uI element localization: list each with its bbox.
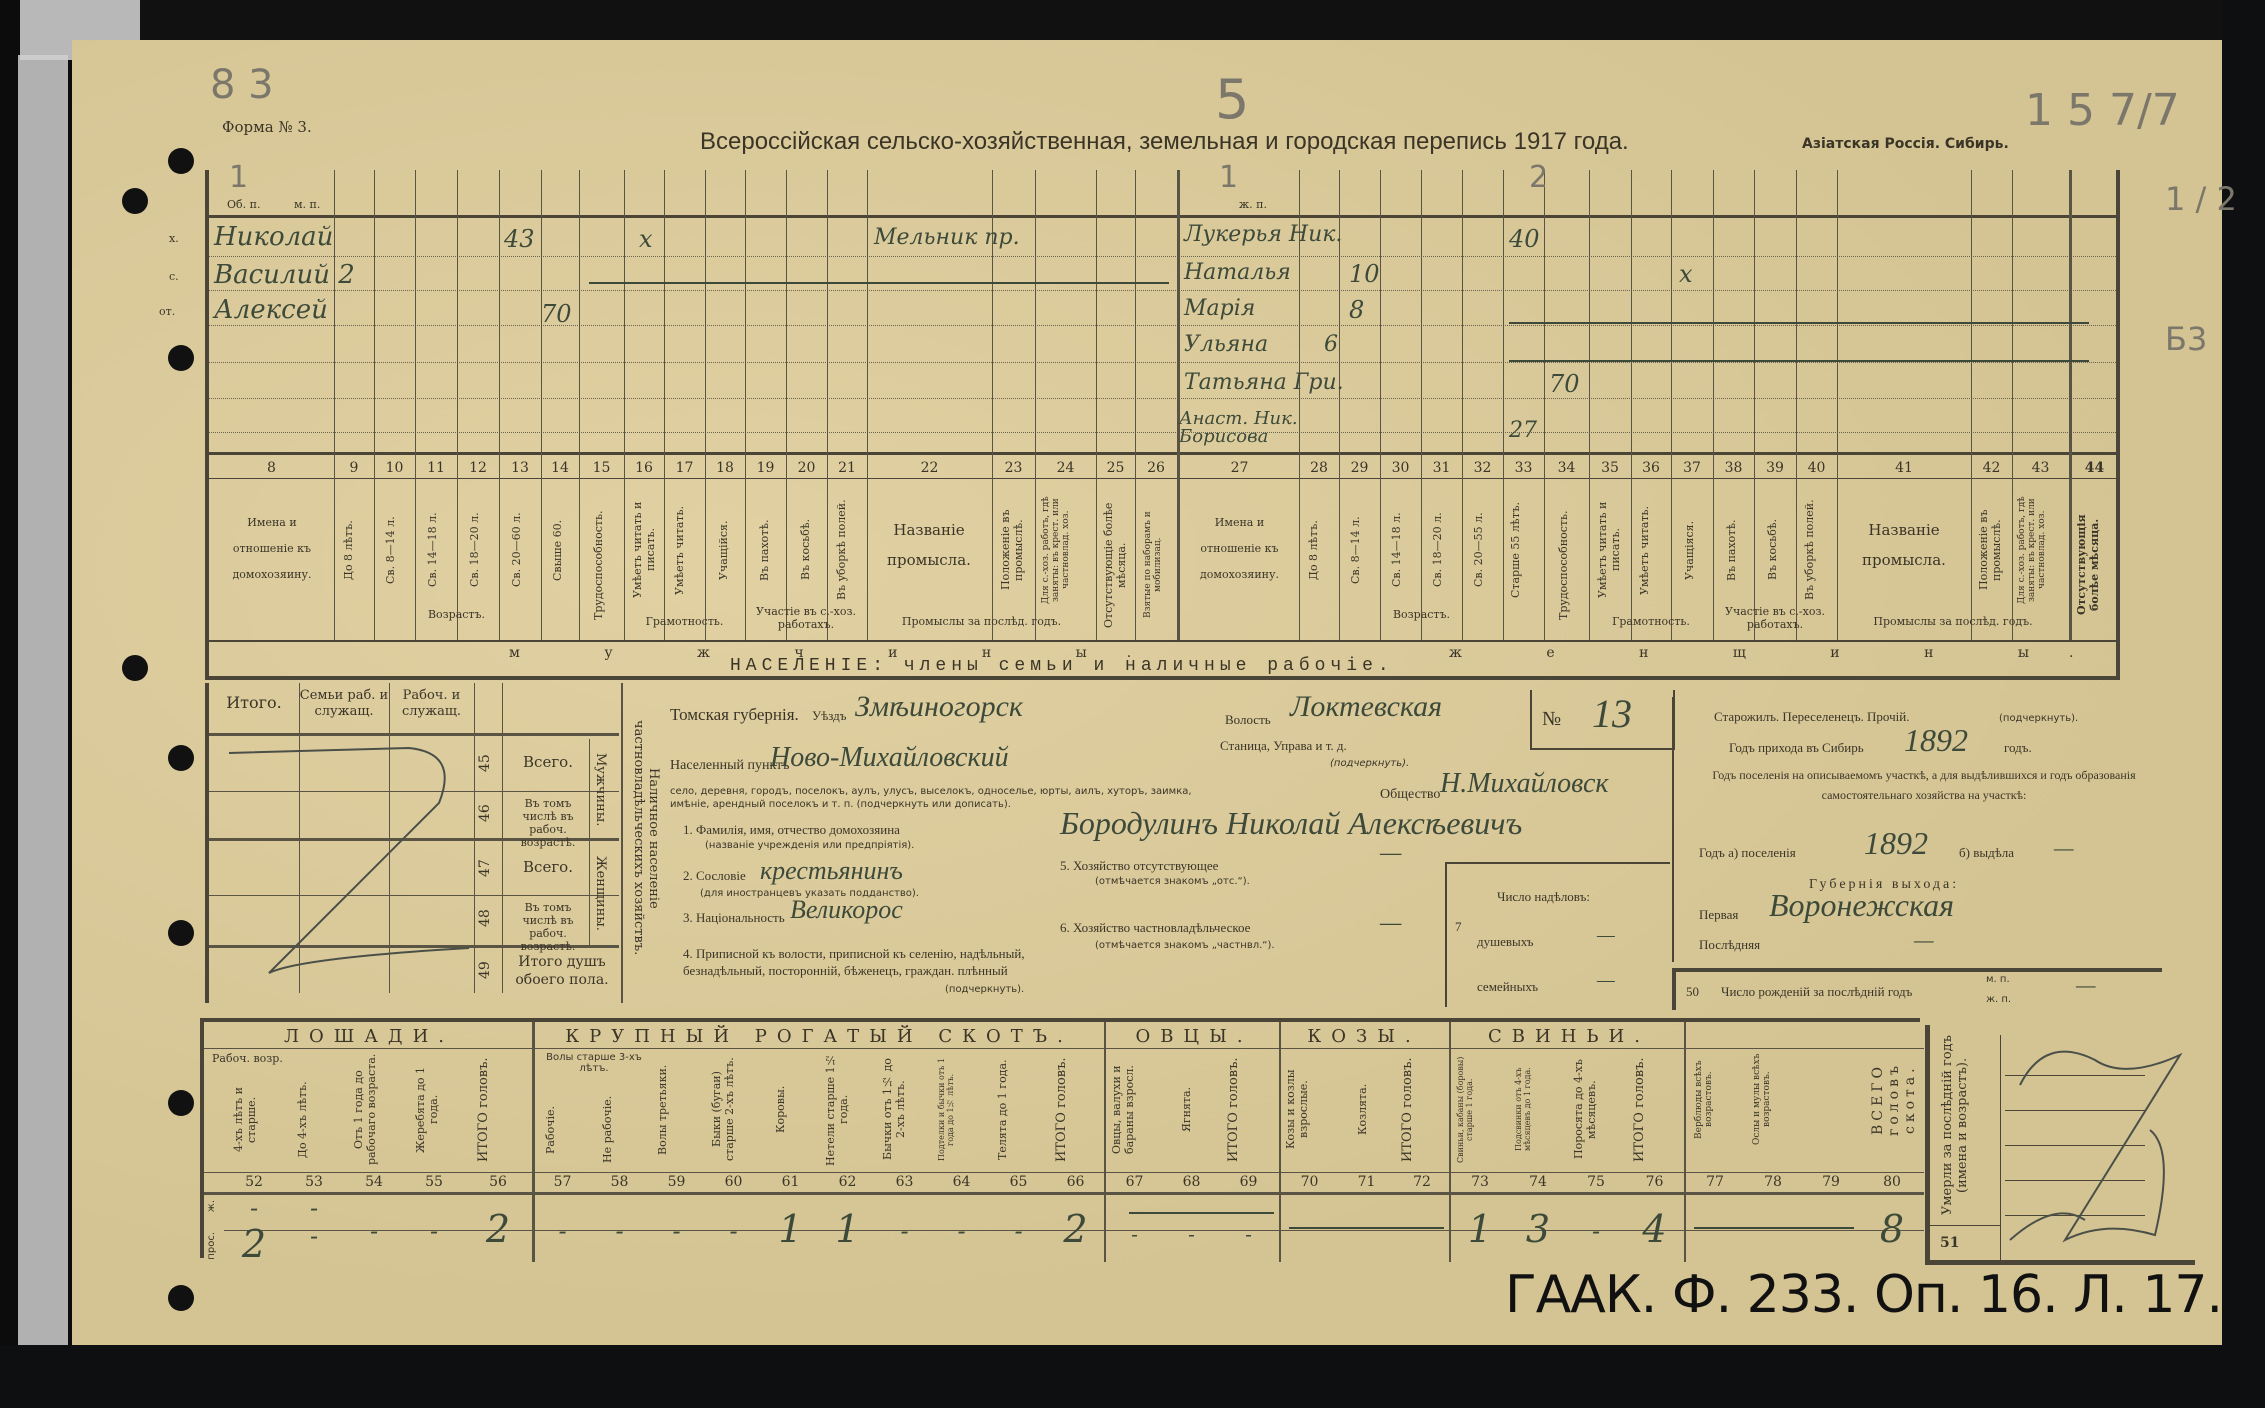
- printed-label: Грамотность.: [1589, 615, 1713, 628]
- summary-mark: 1: [229, 160, 248, 195]
- printed-label: Участіе въ с.-хоз. работахъ.: [1713, 605, 1837, 631]
- printed-label: СВИНЬИ.: [1454, 1026, 1684, 1047]
- printed-label: 4-хъ лѣтъ и старше.: [232, 1072, 276, 1167]
- summary-label-female: ж. п.: [1239, 198, 1267, 211]
- grid-line: [209, 256, 2116, 257]
- table-caption: НАСЕЛЕНІЕ: члены семьи и наличные рабочі…: [730, 656, 1394, 676]
- printed-label: 53: [284, 1174, 344, 1190]
- grid-line: [1684, 1022, 1686, 1262]
- printed-label: -: [534, 1217, 591, 1245]
- printed-label: 9: [334, 460, 374, 476]
- printed-label: Св. 8—14 л.: [384, 495, 397, 605]
- society-value: Н.Михайловск: [1440, 768, 1608, 800]
- printed-label: Старожилъ. Переселенецъ. Прочій.: [1714, 709, 1909, 725]
- divider: [209, 452, 2119, 455]
- printed-label: 47: [477, 853, 493, 883]
- printed-label: Грамотность.: [624, 615, 745, 628]
- printed-label: Коровы.: [774, 1052, 787, 1167]
- printed-label: Первая: [1699, 907, 1738, 923]
- printed-label: 45: [477, 748, 493, 778]
- printed-label: 62: [819, 1174, 876, 1190]
- printed-label: Всего.: [509, 858, 587, 876]
- grid-line: [1754, 170, 1755, 640]
- printed-label: Въ томъ числѣ въ рабоч. возрастѣ.: [507, 901, 589, 953]
- printed-label: —: [2076, 972, 2096, 998]
- printed-label: Трудоспособность.: [1557, 495, 1570, 635]
- printed-label: До 4-хъ лѣтъ.: [296, 1072, 332, 1167]
- allotments-box: 7 Число надѣловъ: душевыхъ — семейныхъ —: [1445, 862, 1670, 1007]
- grid-line: [415, 170, 416, 640]
- printed-label: Въ уборкѣ полей.: [835, 495, 863, 605]
- grid-line: [1713, 170, 1714, 640]
- printed-label: 41: [1837, 460, 1971, 476]
- volost-value: Локтевская: [1290, 690, 1442, 724]
- literacy-mark: x: [639, 225, 653, 253]
- printed-label: 42: [1971, 460, 2012, 476]
- relation-label: от.: [159, 305, 175, 318]
- pencil-mark-margin: Б3: [2165, 320, 2207, 358]
- printed-label: 49: [477, 955, 493, 985]
- printed-label: Послѣдняя: [1699, 937, 1760, 953]
- printed-label: -: [404, 1217, 464, 1245]
- printed-label: Умѣетъ читать и писать.: [631, 495, 659, 605]
- printed-label: Положеніе въ промыслѣ.: [1977, 495, 2007, 605]
- printed-label: м. п.: [1986, 974, 2010, 985]
- summary-mark: 1: [1219, 160, 1238, 195]
- printed-label: (отмѣчается знакомъ „отс.“).: [1095, 876, 1250, 887]
- printed-label: Ослы и мулы всѣхъ возрастовъ.: [1752, 1032, 1792, 1167]
- printed-label: -: [224, 1194, 284, 1222]
- printed-label: ОВЦЫ.: [1109, 1026, 1279, 1047]
- printed-label: Годъ а) поселенія: [1699, 845, 1796, 861]
- grid-line: [204, 1172, 1924, 1173]
- printed-label: Для с.-хоз. работъ, гдѣ заняты: въ крест…: [2017, 495, 2065, 605]
- printed-label: 75: [1567, 1174, 1625, 1190]
- printed-label: КРУПНЫЙ РОГАТЫЙ СКОТЪ.: [534, 1026, 1104, 1047]
- vertical-note: Наличное населеніе частновладѣльческихъ …: [627, 688, 661, 988]
- printed-label: 64: [933, 1174, 990, 1190]
- grid-line: [209, 398, 2116, 399]
- divider: [209, 478, 2119, 479]
- member-name: Марія: [1184, 296, 1255, 321]
- summary-label-all: Об. п.: [227, 198, 260, 211]
- grid-line: [541, 170, 542, 640]
- form-number: Форма № 3.: [222, 118, 312, 136]
- printed-label: Названіе промысла.: [1849, 515, 1959, 575]
- printed-label: 16: [624, 460, 664, 476]
- printed-label: Овцы, валухи и бараны взросл.: [1110, 1052, 1160, 1167]
- printed-label: Козы и козлы взрослые.: [1284, 1052, 1334, 1167]
- cows-value: 1: [762, 1207, 819, 1251]
- printed-label: -: [284, 1194, 344, 1222]
- printed-label: ИТОГО головъ.: [1054, 1052, 1098, 1167]
- printed-label: Станица, Управа и т. д.: [1220, 738, 1347, 754]
- grid-line: [867, 170, 868, 640]
- cancel-mark: [209, 733, 479, 983]
- age-value: 10: [1349, 260, 1380, 288]
- printed-label: Женщины.: [593, 848, 608, 938]
- printed-label: Св. 18—20 л.: [468, 495, 481, 605]
- grid-line: [664, 170, 665, 640]
- printed-label: -: [876, 1217, 933, 1245]
- age-value: 27: [1509, 418, 1537, 443]
- grid-line: [624, 170, 625, 640]
- printed-label: 66: [1047, 1174, 1104, 1190]
- printed-label: 74: [1509, 1174, 1567, 1190]
- grid-line: [1544, 170, 1545, 640]
- grid-line: [1631, 170, 1632, 640]
- printed-label: Итого.: [209, 695, 299, 711]
- grid-line: [745, 170, 746, 640]
- punch-hole: [122, 188, 148, 214]
- printed-label: 24: [1035, 460, 1096, 476]
- printed-label: Итого душъ обоего пола.: [507, 953, 617, 989]
- printed-label: б) выдѣла: [1959, 845, 2014, 861]
- births-row: 50 Число рожденій за послѣдній годъ м. п…: [1672, 968, 2162, 1010]
- printed-label: 37: [1671, 460, 1713, 476]
- printed-label: 1. Фамилія, имя, отчество домохозяина: [683, 822, 900, 838]
- printed-label: (названіе учрежденія или предпріятія).: [705, 840, 914, 851]
- printed-label: Семьи раб. и служащ.: [299, 688, 389, 720]
- printed-label: Возрастъ.: [334, 608, 579, 621]
- printed-label: 69: [1220, 1174, 1277, 1190]
- grid-line: [705, 170, 706, 640]
- printed-label: 5. Хозяйство отсутствующее: [1060, 858, 1218, 874]
- printed-label: 10: [374, 460, 415, 476]
- horses-adult-value: 2: [224, 1222, 284, 1266]
- document-title: Всероссійская сельско-хозяйственная, зем…: [700, 128, 1629, 156]
- member-name: Алексей: [214, 295, 328, 325]
- punch-hole: [168, 745, 194, 771]
- printed-label: Старше 55 лѣтъ.: [1509, 495, 1537, 605]
- printed-label: ИТОГО головъ.: [1632, 1052, 1676, 1167]
- printed-label: 56: [464, 1174, 532, 1190]
- grid-line: [2069, 170, 2072, 640]
- printed-label: прос.: [206, 1232, 217, 1260]
- printed-label: Мужчины.: [593, 745, 608, 835]
- printed-label: 31: [1421, 460, 1462, 476]
- printed-label: До 8 лѣтъ.: [1307, 495, 1320, 605]
- printed-label: 8: [209, 460, 334, 476]
- age-value: 6: [1324, 332, 1338, 357]
- printed-label: Въ косьбѣ.: [799, 495, 812, 605]
- punch-hole: [168, 148, 194, 174]
- printed-label: 15: [579, 460, 624, 476]
- printed-label: Нетели старше 1½ года.: [824, 1052, 872, 1167]
- printed-label: —: [1597, 924, 1615, 947]
- printed-label: Участіе въ с.-хоз. работахъ.: [745, 605, 867, 631]
- printed-label: ИТОГО головъ.: [1400, 1052, 1444, 1167]
- relation-label: х.: [169, 232, 179, 245]
- livestock-table: ЛОШАДИ. КРУПНЫЙ РОГАТЫЙ СКОТЪ. ОВЦЫ. КОЗ…: [200, 1018, 1920, 1258]
- printed-label: Умѣетъ читать.: [673, 495, 701, 605]
- printed-label: 30: [1380, 460, 1421, 476]
- printed-label: 3. Національность: [683, 910, 785, 926]
- printed-label: 6. Хозяйство частновладѣльческое: [1060, 920, 1250, 936]
- printed-label: (подчеркнуть).: [1999, 713, 2078, 724]
- pencil-mark-top-right: 1 5 7/7: [2025, 85, 2180, 136]
- printed-label: 23: [992, 460, 1035, 476]
- printed-label: 72: [1395, 1174, 1449, 1190]
- printed-label: —: [2054, 835, 2074, 861]
- grid-line: [1096, 170, 1097, 640]
- printed-label: Отсутствующія болѣе мѣсяца.: [2075, 495, 2113, 635]
- printed-label: Въ уборкѣ полей.: [1803, 495, 1831, 605]
- printed-label: Волы третьяки.: [656, 1052, 696, 1167]
- head-of-household-value: Бородулинъ Николай Алексѣевичъ: [1060, 805, 1522, 842]
- printed-label: 79: [1802, 1174, 1860, 1190]
- printed-label: Подсвинки отъ 4-хъ мѣсяцевъ до 1 года.: [1514, 1052, 1562, 1167]
- printed-label: Св. 20—55 л.: [1472, 495, 1485, 605]
- horses-total-value: 2: [464, 1207, 532, 1251]
- printed-label: 33: [1503, 460, 1544, 476]
- printed-label: 2. Сословіе: [683, 868, 746, 884]
- printed-label: (подчеркнуть).: [1330, 758, 1409, 769]
- women-label: ж е н щ и н ы.: [1449, 645, 2113, 661]
- deaths-box: Умерли за послѣдній годъ (имена и возрас…: [1925, 1025, 2195, 1265]
- grid-line: [1671, 170, 1672, 640]
- age-value: 8: [1349, 296, 1364, 324]
- printed-label: Уѣздъ: [812, 708, 847, 724]
- livestock-total-value: 8: [1860, 1207, 1924, 1251]
- printed-label: 63: [876, 1174, 933, 1190]
- grid-line: [209, 362, 2116, 363]
- printed-label: (подчеркнуть).: [945, 984, 1024, 995]
- printed-label: Телята до 1 года.: [996, 1052, 1040, 1167]
- punch-hole: [168, 345, 194, 371]
- grid-line: [1837, 170, 1838, 640]
- printed-label: 67: [1106, 1174, 1163, 1190]
- printed-label: Для с.-хоз. работъ, гдѣ заняты: въ крест…: [1041, 495, 1091, 605]
- printed-label: 40: [1796, 460, 1837, 476]
- printed-label: Св. 18—20 л.: [1431, 495, 1444, 605]
- printed-label: 12: [457, 460, 499, 476]
- printed-label: №: [1542, 708, 1561, 731]
- printed-label: 44: [2072, 460, 2117, 476]
- member-name: Наталья: [1184, 260, 1291, 285]
- printed-label: Годъ прихода въ Сибирь: [1729, 740, 1864, 756]
- printed-label: -: [648, 1217, 705, 1245]
- printed-label: Отсутствующіе болѣе мѣсяца.: [1102, 495, 1132, 635]
- household-number-box: № 13: [1530, 690, 1675, 750]
- printed-label: Св. 8—14 л.: [1349, 495, 1362, 605]
- punch-hole: [122, 655, 148, 681]
- printed-label: (отмѣчается знакомъ „частнвл.“).: [1095, 940, 1275, 951]
- printed-label: Промыслы за послѣд. годъ.: [1837, 615, 2069, 628]
- printed-label: —: [1597, 969, 1615, 992]
- grid-line: [374, 170, 375, 640]
- printed-label: 65: [990, 1174, 1047, 1190]
- printed-label: Жеребята до 1 года.: [414, 1052, 454, 1167]
- printed-label: ЛОШАДИ.: [209, 1026, 529, 1047]
- pigs-total-value: 4: [1625, 1207, 1684, 1251]
- member-name: Николай: [214, 222, 333, 252]
- printed-label: Козлята.: [1356, 1052, 1369, 1167]
- member-name: Ульяна: [1184, 332, 1268, 357]
- literacy-mark: x: [1679, 260, 1693, 288]
- printed-label: 78: [1744, 1174, 1802, 1190]
- printed-label: Всего.: [509, 753, 587, 771]
- cancel-mark: [2005, 1040, 2195, 1260]
- printed-label: Быки (бугаи) старше 2-хъ лѣтъ.: [710, 1052, 758, 1167]
- printed-label: —: [1380, 910, 1401, 937]
- grid-line: [1462, 170, 1463, 640]
- grid-line: [1135, 170, 1136, 640]
- printed-label: Свыше 60.: [551, 495, 564, 605]
- printed-label: 70: [1281, 1174, 1338, 1190]
- settlement-year: 1892: [1864, 825, 1928, 862]
- printed-label: 76: [1625, 1174, 1684, 1190]
- pencil-mark-top-center: 5: [1215, 68, 1249, 131]
- printed-label: Трудоспособность.: [592, 495, 605, 635]
- grid-line: [209, 290, 2116, 291]
- printed-label: 73: [1451, 1174, 1509, 1190]
- printed-label: Въ пахотѣ.: [758, 495, 771, 605]
- printed-label: -: [1163, 1222, 1220, 1246]
- printed-label: Рабоч. и служащ.: [389, 688, 474, 720]
- printed-label: 59: [648, 1174, 705, 1190]
- printed-label: -: [1220, 1222, 1277, 1246]
- printed-label: —: [1914, 927, 1934, 953]
- printed-label: Имена и отношеніе къ домохозяину.: [1187, 510, 1292, 588]
- population-table: Об. п. м. п. ж. п. 1 1 2 х. Николай 43 x…: [205, 170, 2120, 680]
- punch-hole: [168, 1285, 194, 1311]
- member-name: Татьяна Гри.: [1184, 370, 1344, 395]
- member-name: Анаст. Ник. Борисова: [1179, 410, 1329, 446]
- age-value: 40: [1509, 225, 1540, 253]
- printed-label: Рабоч. возр.: [212, 1052, 283, 1065]
- summary-label-male: м. п.: [294, 198, 320, 211]
- printed-label: 60: [705, 1174, 762, 1190]
- age-value: 70: [1549, 370, 1580, 398]
- arrival-year: 1892: [1904, 722, 1968, 759]
- archive-reference: ГААК. Ф. 233. Оп. 16. Л. 17.: [1505, 1265, 2222, 1325]
- printed-label: 18: [705, 460, 745, 476]
- grid-line: [209, 325, 2116, 326]
- grid-line: [457, 170, 458, 640]
- summary-mark: 2: [1529, 160, 1548, 195]
- pencil-mark-margin: 1 / 2: [2165, 180, 2237, 218]
- household-number: 13: [1592, 690, 1632, 737]
- grid-line: [204, 1048, 1924, 1049]
- grid-line: [2012, 170, 2013, 640]
- printed-label: ВСЕГО головъ скота.: [1870, 1032, 1914, 1167]
- printed-label: годъ.: [2004, 740, 2032, 756]
- printed-label: 38: [1713, 460, 1754, 476]
- printed-label: 50: [1686, 984, 1699, 1000]
- printed-label: Въ томъ числѣ въ рабоч. возрастѣ.: [507, 797, 589, 849]
- divider: [209, 640, 2119, 642]
- printed-label: 21: [827, 460, 867, 476]
- printed-label: Общество: [1380, 787, 1440, 803]
- printed-label: 55: [404, 1174, 464, 1190]
- printed-label: Отъ 1 года до рабочаго возраста.: [352, 1052, 398, 1167]
- trade-name: Мельник пр.: [874, 225, 1020, 250]
- age-value: 70: [541, 300, 572, 328]
- printed-label: Не рабочіе.: [601, 1092, 637, 1167]
- origin-province: Воронежская: [1769, 887, 1954, 924]
- grid-line: [1503, 170, 1504, 640]
- grid-line: [1971, 170, 1972, 640]
- printed-label: Учащіяся.: [1683, 495, 1696, 605]
- scanner-background: [0, 1345, 2265, 1408]
- printed-label: 48: [477, 903, 493, 933]
- printed-label: 13: [499, 460, 541, 476]
- printed-label: 46: [477, 798, 493, 828]
- grid-line: [1035, 170, 1036, 640]
- printed-label: 52: [224, 1174, 284, 1190]
- printed-label: -: [1106, 1222, 1163, 1246]
- age-value: 43: [504, 225, 535, 253]
- printed-label: Въ пахотѣ.: [1725, 495, 1738, 605]
- grid-line: [579, 170, 580, 640]
- printed-label: Поросята до 4-хъ мѣсяцевъ.: [1572, 1052, 1620, 1167]
- printed-label: ИТОГО головъ.: [1226, 1052, 1270, 1167]
- printed-label: ИТОГО головъ.: [476, 1052, 516, 1167]
- printed-label: Верблюды всѣхъ возрастовъ.: [1694, 1032, 1734, 1167]
- region-label: Азіатская Россія. Сибирь.: [1802, 136, 2009, 152]
- grid-line: [334, 170, 335, 640]
- relation-label: с.: [169, 270, 179, 283]
- printed-label: Свиньи, кабаны (боровы) старше 1 года.: [1456, 1052, 1504, 1167]
- printed-label: 39: [1754, 460, 1796, 476]
- heifers-value: 1: [819, 1207, 876, 1251]
- printed-label: 43: [2012, 460, 2069, 476]
- printed-label: —: [1380, 840, 1401, 867]
- nationality-value: Великорос: [790, 895, 903, 925]
- printed-label: Имена и отношеніе къ домохозяину.: [217, 510, 327, 588]
- printed-label: 34: [1544, 460, 1589, 476]
- printed-label: Въ косьбѣ.: [1766, 495, 1779, 605]
- printed-label: 25: [1096, 460, 1135, 476]
- scanner-strip: [18, 55, 68, 1408]
- printed-label: 61: [762, 1174, 819, 1190]
- printed-label: КОЗЫ.: [1279, 1026, 1449, 1047]
- printed-label: Умѣетъ читать и писать.: [1596, 495, 1624, 605]
- printed-label: 11: [415, 460, 457, 476]
- grid-line: [204, 1192, 1924, 1195]
- member-name: Лукерья Ник.: [1184, 222, 1342, 247]
- grid-line: [1796, 170, 1797, 640]
- settlement-value: Ново-Михайловский: [770, 742, 1009, 774]
- printed-label: 57: [534, 1174, 591, 1190]
- grid-line: [1177, 170, 1180, 640]
- printed-label: 4. Приписной къ волости, приписной къ се…: [683, 945, 1063, 979]
- printed-label: 58: [591, 1174, 648, 1190]
- printed-label: 80: [1860, 1174, 1924, 1190]
- printed-label: -: [344, 1217, 404, 1245]
- printed-label: Волы старше 3-хъ лѣтъ.: [539, 1052, 649, 1074]
- pigs-young-value: 3: [1509, 1207, 1567, 1251]
- grid-line: [786, 170, 787, 640]
- province-label: Томская губернія.: [670, 705, 799, 725]
- printed-label: Положеніе въ промыслѣ.: [999, 495, 1029, 605]
- printed-label: Названіе промысла.: [874, 515, 984, 575]
- printed-label: -: [591, 1217, 648, 1245]
- printed-label: 54: [344, 1174, 404, 1190]
- printed-label: Св. 20—60 л.: [510, 495, 523, 605]
- grid-line: [589, 739, 590, 945]
- printed-label: 71: [1338, 1174, 1395, 1190]
- totals-block: Итого. Семьи раб. и служащ. Рабоч. и слу…: [205, 683, 660, 1003]
- grid-line: [827, 170, 828, 640]
- punch-hole: [168, 920, 194, 946]
- printed-label: -: [933, 1217, 990, 1245]
- printed-label: Промыслы за послѣд. годъ.: [867, 615, 1096, 628]
- pencil-mark-top-left: 8 3: [210, 62, 274, 108]
- member-name: Василий 2: [214, 260, 355, 290]
- printed-label: 26: [1135, 460, 1177, 476]
